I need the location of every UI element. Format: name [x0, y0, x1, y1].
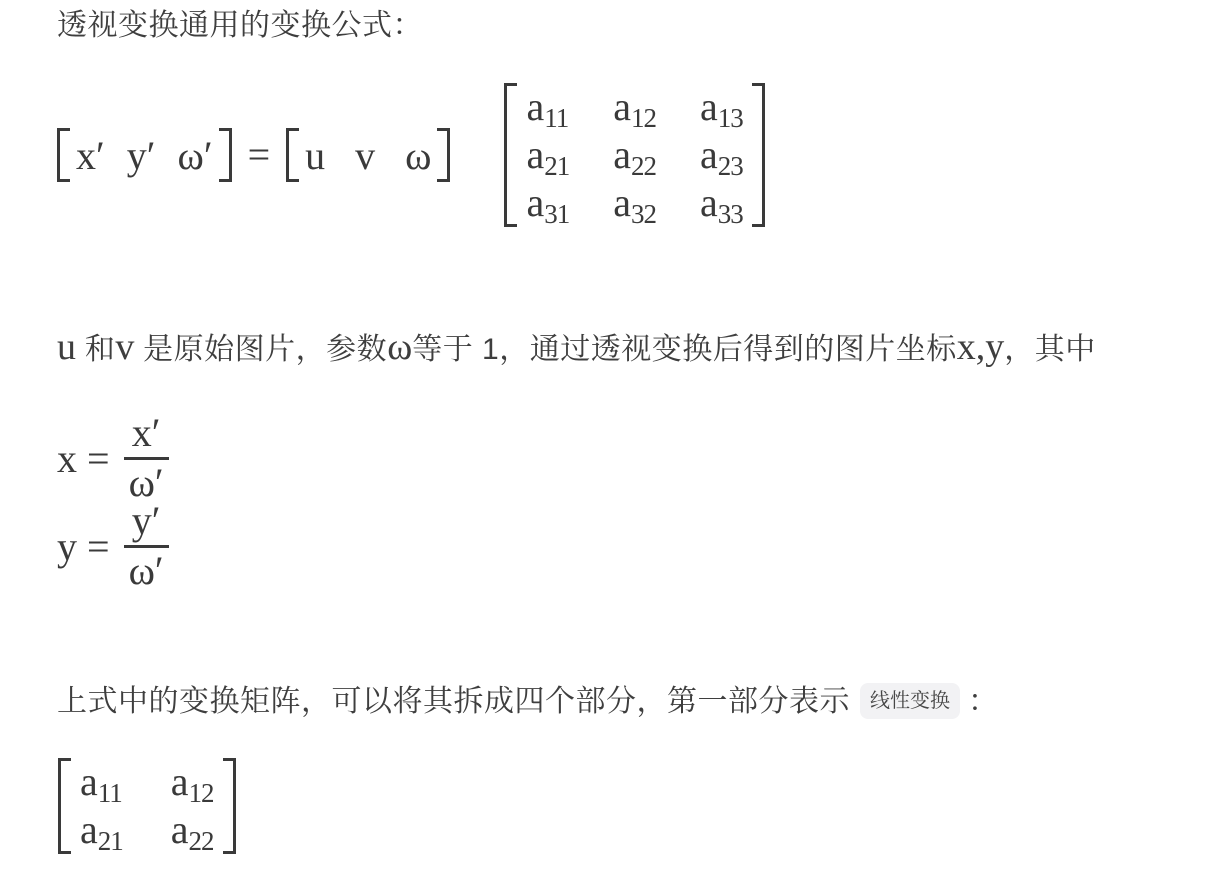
right-bracket	[752, 83, 765, 227]
matrix-cell: a31	[526, 179, 569, 227]
equation-main: x′ y′ ω′ = u v ω a11 a12 a13 a21 a22	[57, 83, 1222, 227]
matrix-cell: a13	[700, 83, 743, 131]
equation-y: y = y′ ω′	[57, 499, 1222, 593]
text-segment: 上式中的变换矩阵，可以将其拆成四个部分，第一部分表示	[57, 685, 850, 718]
matrix-cell: a22	[613, 131, 656, 179]
left-bracket	[504, 83, 517, 227]
fraction: y′ ω′	[124, 499, 169, 593]
right-bracket	[223, 758, 236, 854]
fraction: x′ ω′	[124, 411, 169, 505]
matrix-cell: a12	[171, 758, 214, 806]
equation-x: x = x′ ω′	[57, 411, 1222, 505]
fraction-denominator: ω′	[124, 548, 169, 593]
matrix-cell: a21	[80, 806, 123, 854]
paragraph-split: 上式中的变换矩阵，可以将其拆成四个部分，第一部分表示线性变换：	[57, 681, 1222, 723]
vector-cell: y′	[127, 132, 156, 179]
matrix-cell: a21	[526, 131, 569, 179]
equation-submatrix: a11 a12 a21 a22	[58, 758, 1222, 854]
rhs-row-vector: u v ω	[286, 128, 450, 182]
matrix-3x3: a11 a12 a13 a21 a22 a23 a31 a32 a33	[504, 83, 764, 227]
left-bracket	[286, 128, 299, 182]
inline-math-omega: ω	[387, 326, 412, 368]
inline-math-v: v	[115, 326, 134, 368]
fraction-lhs: y	[57, 523, 77, 570]
inline-math-u: u	[57, 326, 76, 368]
matrix-cell: a33	[700, 179, 743, 227]
vector-cell: ω	[405, 132, 431, 179]
equals-sign: =	[87, 523, 110, 570]
matrix-cell: a11	[80, 758, 123, 806]
text-segment: 是原始图片，参数	[134, 333, 387, 366]
matrix-cell: a22	[171, 806, 214, 854]
text-segment: 和	[76, 333, 115, 366]
text-segment: ：	[968, 685, 999, 718]
fraction-numerator: x′	[124, 411, 169, 460]
right-bracket	[437, 128, 450, 182]
matrix-cell: a11	[526, 83, 569, 131]
right-bracket	[219, 128, 232, 182]
paragraph-intro: 透视变换通用的变换公式：	[57, 8, 1222, 44]
matrix-cell: a12	[613, 83, 656, 131]
equals-sign: =	[87, 435, 110, 482]
text-segment: ，其中	[1004, 333, 1096, 366]
matrix-2x2: a11 a12 a21 a22	[58, 758, 236, 854]
fraction-numerator: y′	[124, 499, 169, 548]
fraction-lhs: x	[57, 435, 77, 482]
vector-cell: x′	[76, 132, 105, 179]
linear-transform-badge: 线性变换	[860, 683, 960, 719]
left-bracket	[58, 758, 71, 854]
vector-cell: ω′	[178, 132, 213, 179]
equals-sign: =	[248, 128, 271, 182]
vector-cell: u	[305, 132, 325, 179]
matrix-cell: a32	[613, 179, 656, 227]
matrix-cell: a23	[700, 131, 743, 179]
left-bracket	[57, 128, 70, 182]
vector-cell: v	[355, 132, 375, 179]
inline-math-xy: x,y	[957, 326, 1005, 368]
lhs-row-vector: x′ y′ ω′	[57, 128, 232, 182]
text-segment: 等于 1，通过透视变换后得到的图片坐标	[412, 333, 957, 366]
document-page: 透视变换通用的变换公式： x′ y′ ω′ = u v ω a11	[0, 0, 1222, 854]
paragraph-description: u 和v 是原始图片，参数ω等于 1，通过透视变换后得到的图片坐标x,y，其中	[57, 326, 1222, 371]
